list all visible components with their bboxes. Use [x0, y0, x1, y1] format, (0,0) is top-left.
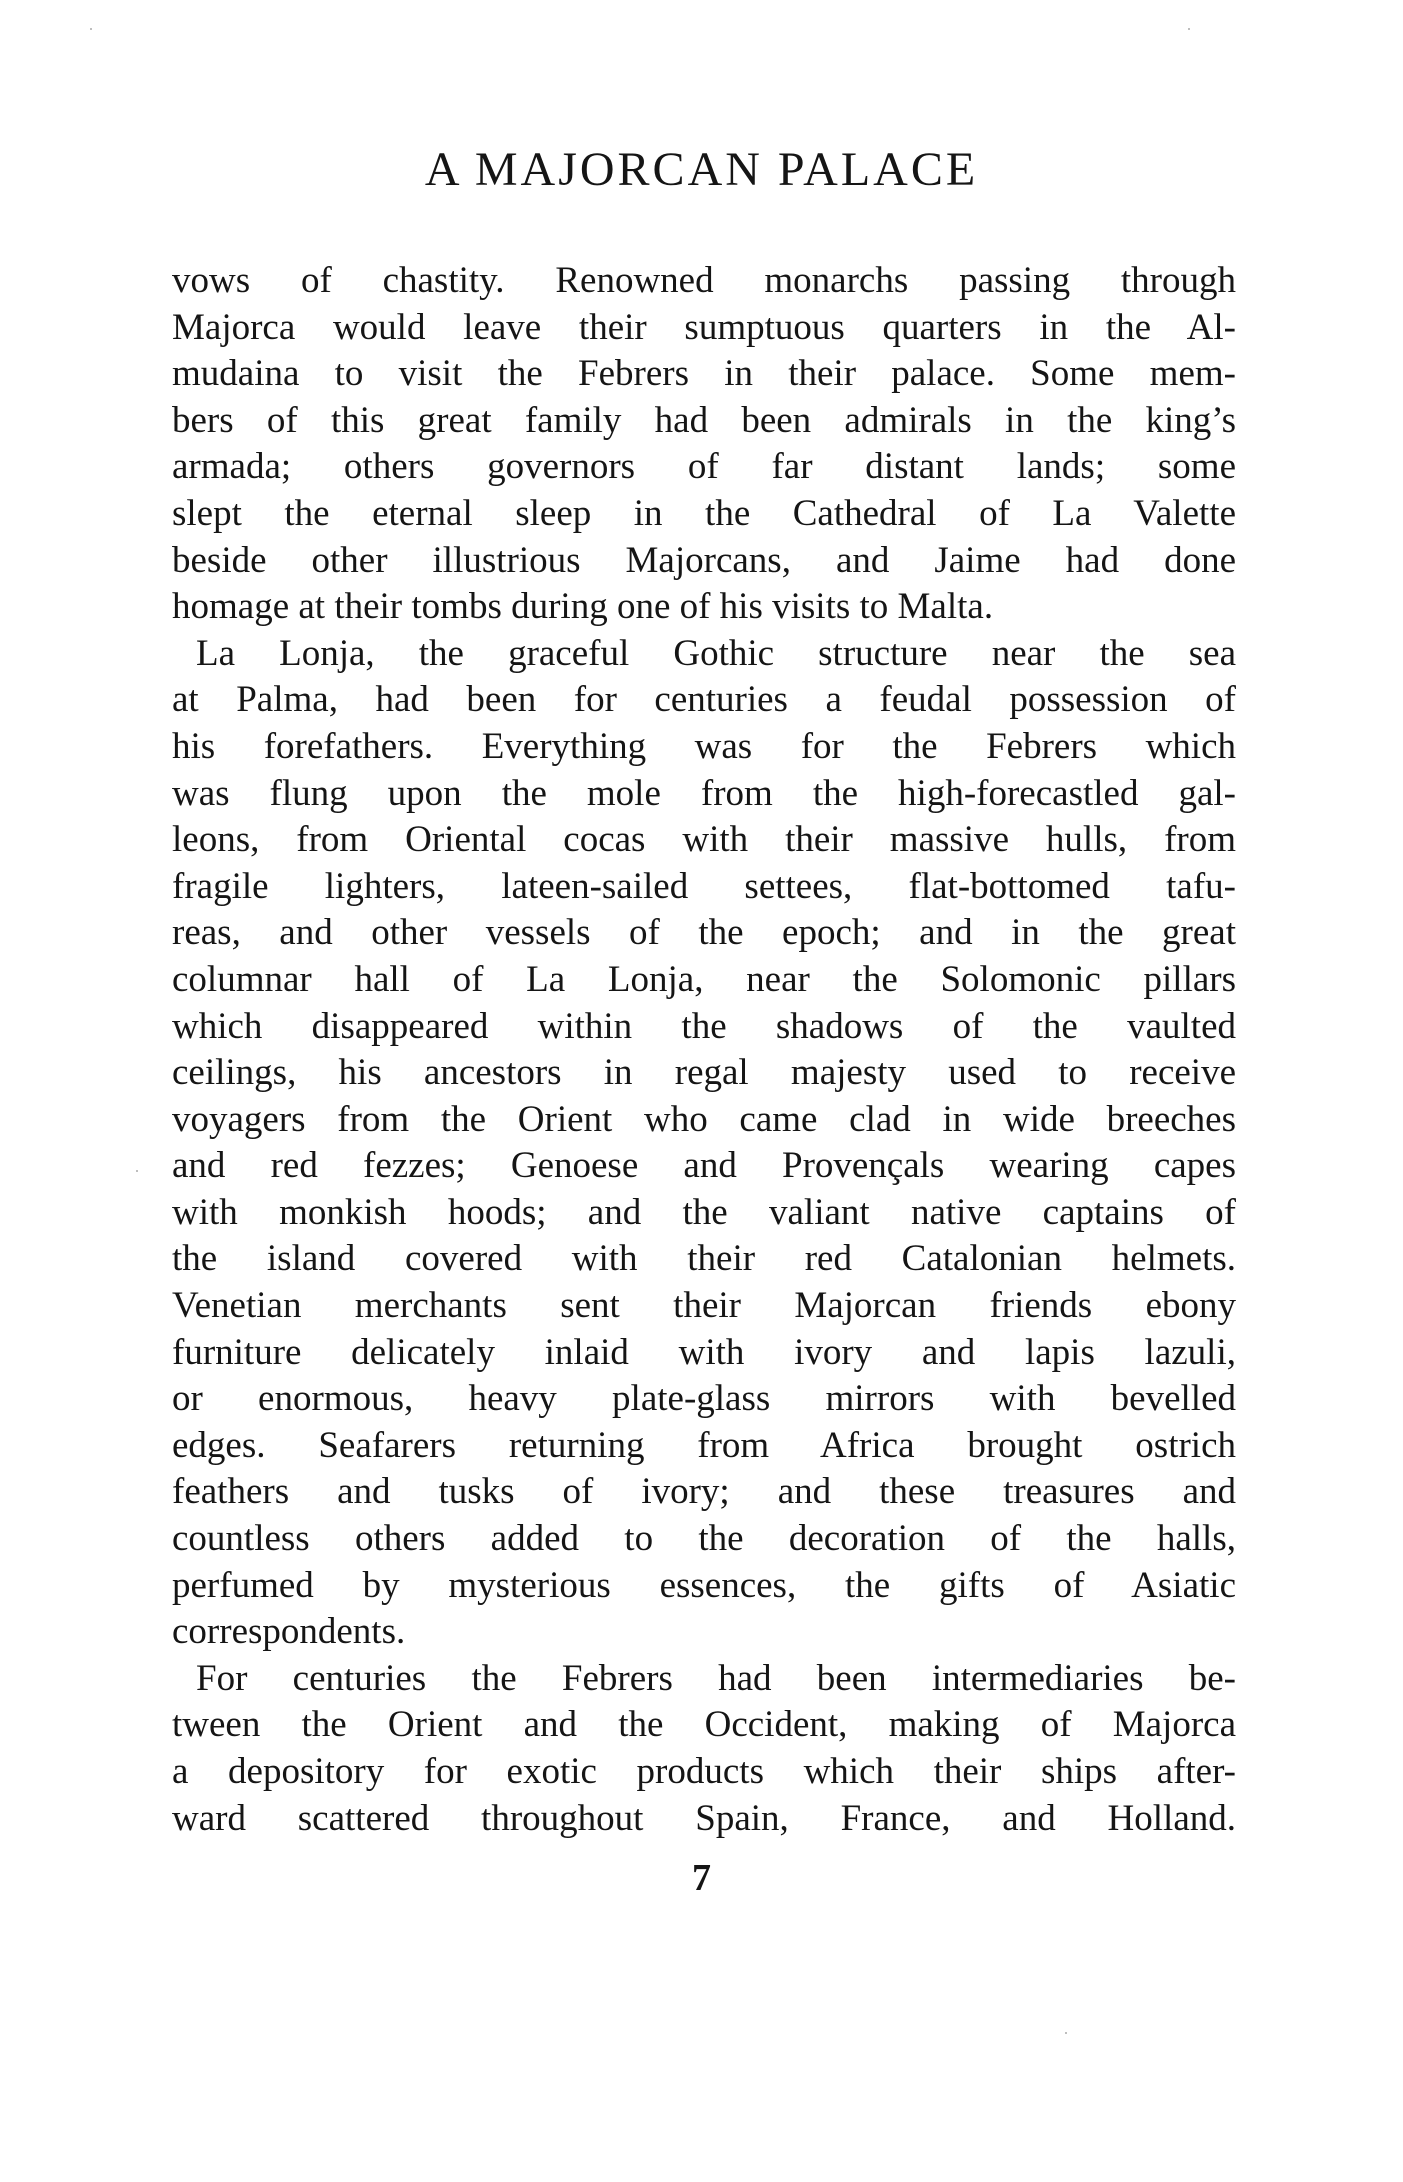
text-line: and red fezzes; Genoese and Provençals w… [172, 1143, 1236, 1190]
text-line: tween the Orient and the Occident, makin… [172, 1702, 1236, 1749]
page-number: 7 [0, 1855, 1403, 1901]
text-line: beside other illustrious Majorcans, and … [172, 538, 1236, 585]
text-line: feathers and tusks of ivory; and these t… [172, 1469, 1236, 1516]
text-line: which disappeared within the shadows of … [172, 1004, 1236, 1051]
running-head: A MAJORCAN PALACE [0, 140, 1403, 200]
text-line: Majorca would leave their sumptuous quar… [172, 305, 1236, 352]
text-line: edges. Seafarers returning from Africa b… [172, 1423, 1236, 1470]
text-line: voyagers from the Orient who came clad i… [172, 1097, 1236, 1144]
scan-speck [90, 28, 92, 30]
text-line: columnar hall of La Lonja, near the Solo… [172, 957, 1236, 1004]
paragraph-1: vows of chastity. Renowned monarchs pass… [172, 258, 1236, 631]
text-line: at Palma, had been for centuries a feuda… [172, 677, 1236, 724]
text-line: bers of this great family had been admir… [172, 398, 1236, 445]
text-line: correspondents. [172, 1609, 1236, 1656]
text-line: furniture delicately inlaid with ivory a… [172, 1330, 1236, 1377]
text-line: slept the eternal sleep in the Cathedral… [172, 491, 1236, 538]
text-line: with monkish hoods; and the valiant nati… [172, 1190, 1236, 1237]
scan-speck [1065, 2032, 1067, 2034]
text-line: Venetian merchants sent their Majorcan f… [172, 1283, 1236, 1330]
paragraph-2: La Lonja, the graceful Gothic structure … [172, 631, 1236, 1656]
text-line: was flung upon the mole from the high-fo… [172, 771, 1236, 818]
text-line: reas, and other vessels of the epoch; an… [172, 910, 1236, 957]
text-line: fragile lighters, lateen-sailed settees,… [172, 864, 1236, 911]
text-line: vows of chastity. Renowned monarchs pass… [172, 258, 1236, 305]
text-line: mudaina to visit the Febrers in their pa… [172, 351, 1236, 398]
text-line: homage at their tombs during one of his … [172, 584, 1236, 631]
text-line: ward scattered throughout Spain, France,… [172, 1796, 1236, 1843]
paragraph-3: For centuries the Febrers had been inter… [172, 1656, 1236, 1842]
text-line: his forefathers. Everything was for the … [172, 724, 1236, 771]
text-line: or enormous, heavy plate-glass mirrors w… [172, 1376, 1236, 1423]
text-line: perfumed by mysterious essences, the gif… [172, 1563, 1236, 1610]
body-text: vows of chastity. Renowned monarchs pass… [172, 258, 1236, 1842]
scan-speck [136, 1170, 138, 1172]
text-line: a depository for exotic products which t… [172, 1749, 1236, 1796]
scan-speck [1188, 28, 1190, 30]
text-line: For centuries the Febrers had been inter… [172, 1656, 1236, 1703]
text-line: armada; others governors of far distant … [172, 444, 1236, 491]
text-line: the island covered with their red Catalo… [172, 1236, 1236, 1283]
text-line: La Lonja, the graceful Gothic structure … [172, 631, 1236, 678]
text-line: ceilings, his ancestors in regal majesty… [172, 1050, 1236, 1097]
text-line: leons, from Oriental cocas with their ma… [172, 817, 1236, 864]
book-page: A MAJORCAN PALACE vows of chastity. Reno… [0, 0, 1403, 2182]
text-line: countless others added to the decoration… [172, 1516, 1236, 1563]
